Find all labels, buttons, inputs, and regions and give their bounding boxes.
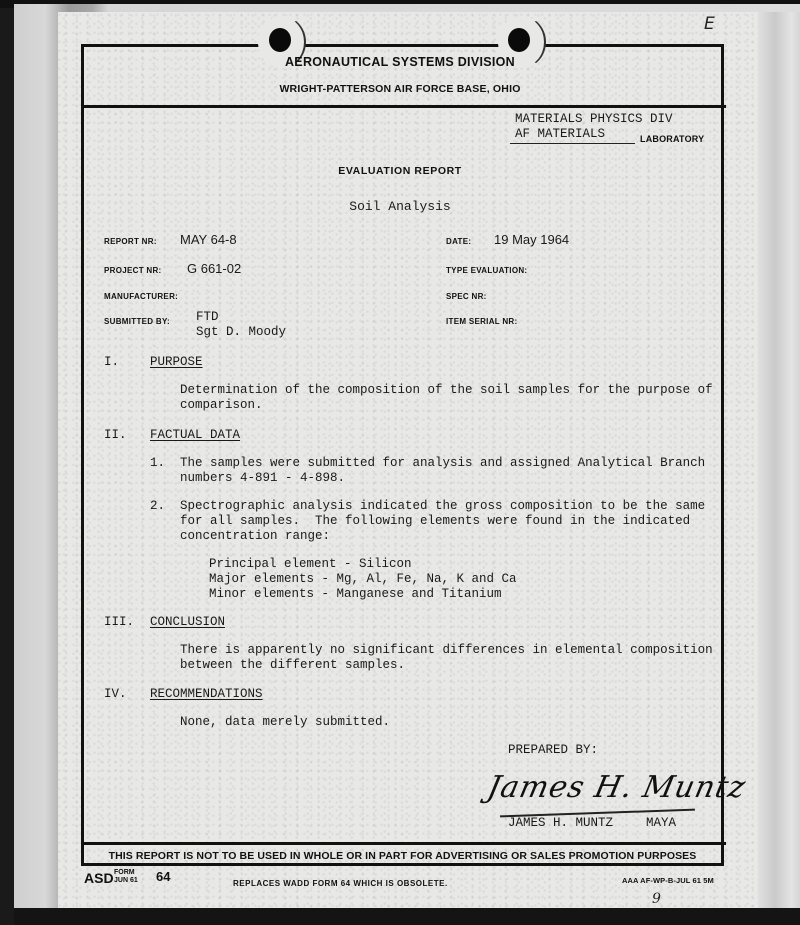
form-number: 64	[156, 869, 170, 884]
section-3-heading: CONCLUSION	[150, 615, 225, 629]
report-title: EVALUATION REPORT	[0, 165, 800, 177]
section-3-numeral: III.	[104, 615, 134, 629]
section-1-heading: PURPOSE	[150, 355, 203, 369]
handwritten-page-number: 9	[652, 891, 661, 907]
section-3-line-1: There is apparently no significant diffe…	[180, 643, 713, 657]
lab-suffix: LABORATORY	[640, 134, 704, 144]
major-elements: Major elements - Mg, Al, Fe, Na, K and C…	[209, 572, 517, 586]
form-agency: ASD	[84, 870, 114, 886]
item-2-line-3: concentration range:	[180, 529, 330, 543]
section-2-numeral: II.	[104, 428, 127, 442]
project-nr-label: PROJECT NR:	[104, 266, 162, 275]
replaces-notice: REPLACES WADD FORM 64 WHICH IS OBSOLETE.	[233, 879, 448, 888]
signer-typed-name: JAMES H. MUNTZ	[508, 816, 613, 830]
item-2-line-1: Spectrographic analysis indicated the gr…	[180, 499, 705, 513]
organization-name: AERONAUTICAL SYSTEMS DIVISION	[0, 55, 800, 69]
organization-location: WRIGHT-PATTERSON AIR FORCE BASE, OHIO	[0, 83, 800, 95]
section-1-numeral: I.	[104, 355, 119, 369]
item-serial-nr-label: ITEM SERIAL NR:	[446, 317, 517, 326]
section-1-line-1: Determination of the composition of the …	[180, 383, 713, 397]
project-nr-value: G 661-02	[187, 261, 241, 276]
form-date: JUN 61	[114, 877, 138, 884]
form-label: FORMJUN 61	[114, 869, 138, 885]
report-nr-label: REPORT NR:	[104, 237, 157, 246]
prepared-by-label: PREPARED BY:	[508, 743, 598, 757]
submitted-by-person: Sgt D. Moody	[196, 325, 286, 339]
minor-elements: Minor elements - Manganese and Titanium	[209, 587, 502, 601]
signer-office-symbol: MAYA	[646, 816, 676, 830]
item-2-number: 2.	[150, 499, 165, 513]
scan-right-edge	[758, 12, 800, 912]
date-label: DATE:	[446, 237, 471, 246]
report-subject: Soil Analysis	[0, 199, 800, 214]
type-evaluation-label: TYPE EVALUATION:	[446, 266, 527, 275]
submitted-by-label: SUBMITTED BY:	[104, 317, 170, 326]
footer-divider	[81, 842, 726, 845]
item-1-line-1: The samples were submitted for analysis …	[180, 456, 705, 470]
item-2-line-2: for all samples. The following elements …	[180, 514, 690, 528]
lab-division: MATERIALS PHYSICS DIV	[515, 112, 673, 126]
spec-nr-label: SPEC NR:	[446, 292, 487, 301]
scan-bottom-edge	[14, 908, 800, 925]
section-2-heading: FACTUAL DATA	[150, 428, 240, 442]
punch-hole-right	[508, 28, 530, 52]
manufacturer-label: MANUFACTURER:	[104, 292, 178, 301]
lab-name: AF MATERIALS	[515, 127, 605, 141]
report-nr-value: MAY 64-8	[180, 232, 237, 247]
lab-underline	[510, 143, 635, 144]
item-1-number: 1.	[150, 456, 165, 470]
section-3-line-2: between the different samples.	[180, 658, 405, 672]
header-divider	[81, 105, 726, 108]
punch-hole-left	[269, 28, 291, 52]
section-4-numeral: IV.	[104, 687, 127, 701]
section-4-line-1: None, data merely submitted.	[180, 715, 390, 729]
corner-mark: E	[704, 14, 715, 34]
print-code: AAA AF-WP-B-JUL 61 5M	[622, 876, 714, 885]
usage-notice: THIS REPORT IS NOT TO BE USED IN WHOLE O…	[81, 850, 724, 862]
form-word: FORM	[114, 869, 135, 876]
submitted-by-org: FTD	[196, 310, 219, 324]
principal-element: Principal element - Silicon	[209, 557, 412, 571]
date-value: 19 May 1964	[494, 232, 569, 247]
handwritten-signature: James H. Muntz	[484, 770, 749, 805]
item-1-line-2: numbers 4-891 - 4-898.	[180, 471, 345, 485]
section-1-line-2: comparison.	[180, 398, 263, 412]
section-4-heading: RECOMMENDATIONS	[150, 687, 263, 701]
